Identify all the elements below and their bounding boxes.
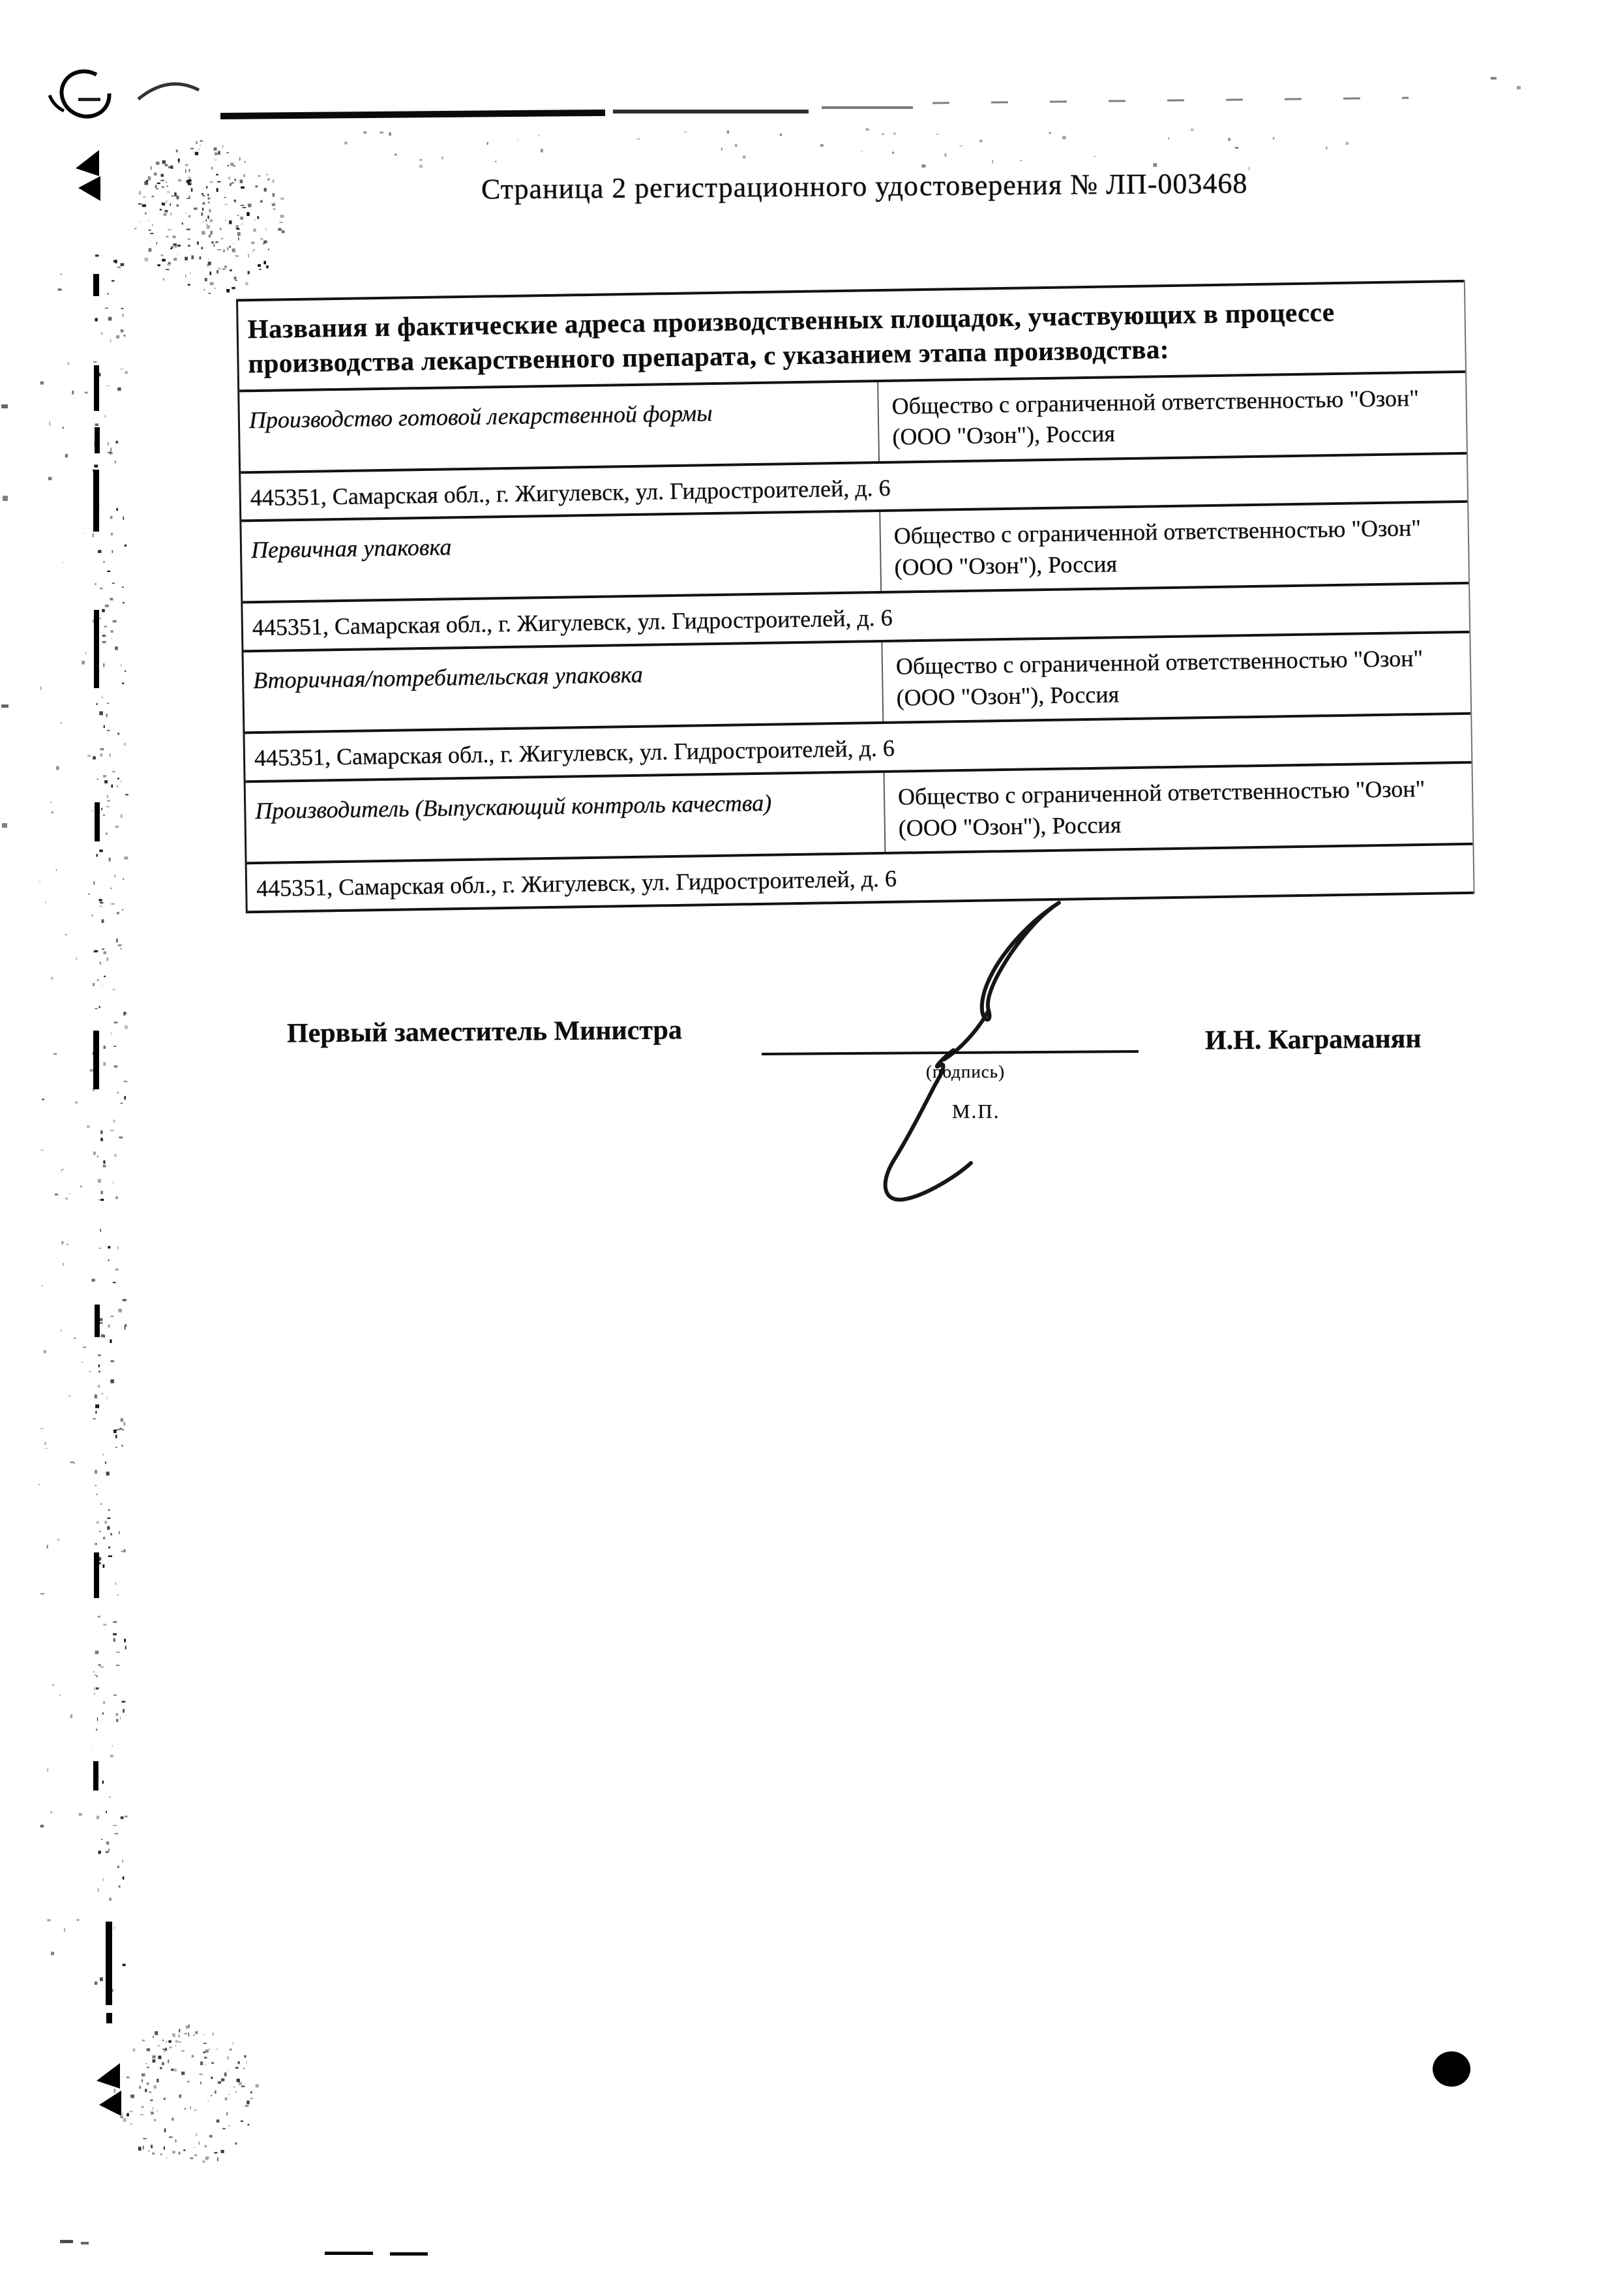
ink-dot <box>1433 2051 1470 2087</box>
page-title: Страница 2 регистрационного удостоверени… <box>481 166 1248 205</box>
pencil-arc-mark <box>138 84 199 99</box>
organization-cell: Общество с ограниченной ответственностью… <box>881 633 1470 721</box>
stage-cell: Вторичная/потребительская упаковка <box>244 642 883 731</box>
organization-cell: Общество с ограниченной ответственностью… <box>879 503 1468 591</box>
production-sites-table: Названия и фактические адреса производст… <box>236 280 1475 913</box>
loop-doodle <box>50 64 117 125</box>
left-edge-bars <box>1 274 112 2023</box>
signatory-position-label: Первый заместитель Министра <box>287 1014 682 1049</box>
top-smudge <box>220 77 1521 119</box>
bottom-dashes <box>60 2240 428 2256</box>
organization-cell: Общество с ограниченной ответственностью… <box>877 372 1467 461</box>
stage-cell: Первичная упаковка <box>241 512 880 601</box>
organization-cell: Общество с ограниченной ответственностью… <box>884 764 1473 852</box>
signature-caption: (подпись) <box>926 1062 1005 1082</box>
signature-line <box>762 1050 1139 1055</box>
stage-cell: Производитель (Выпускающий контроль каче… <box>246 773 885 862</box>
margin-arrow-marks <box>76 150 121 2116</box>
seal-placeholder-label: М.П. <box>952 1100 1000 1123</box>
scanned-document-page: Страница 2 регистрационного удостоверени… <box>0 0 1610 2296</box>
stage-cell: Производство готовой лекарственной формы <box>239 382 878 471</box>
signatory-name: И.Н. Каграманян <box>1205 1023 1422 1057</box>
